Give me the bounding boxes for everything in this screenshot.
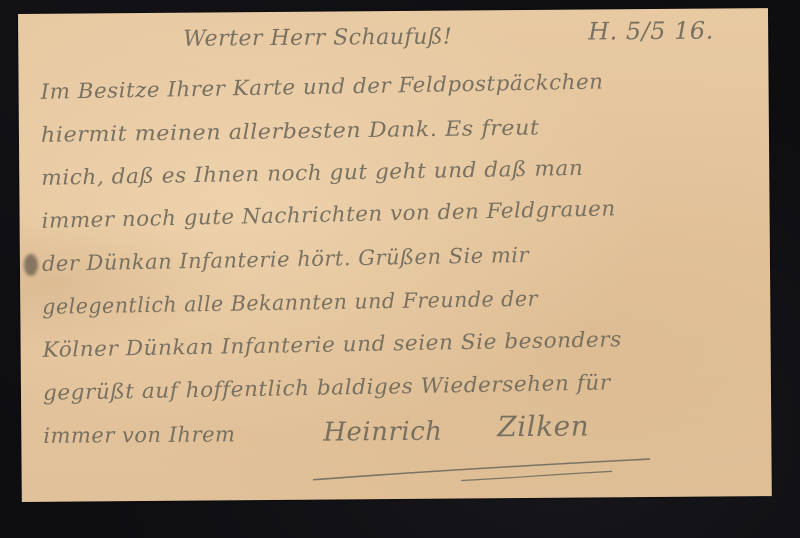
paper-stain [24,254,38,276]
body-line-1: Im Besitze Ihrer Karte und der Feldpostp… [40,70,603,104]
signature-surname: Zilken [497,410,589,444]
body-line-8: gegrüßt auf hoffentlich baldiges Wieders… [43,370,611,404]
body-line-9: immer von Ihrem [43,422,235,448]
body-line-5: der Dünkan Infanterie hört. Grüßen Sie m… [42,243,530,276]
postcard: Werter Herr Schaufuß! H. 5/5 16. Im Besi… [18,8,772,502]
salutation: Werter Herr Schaufuß! [183,25,452,52]
body-line-4: immer noch gute Nachrichten von den Feld… [41,196,616,233]
body-line-7: Kölner Dünkan Infanterie und seien Sie b… [42,327,621,362]
signature-first-name: Heinrich [323,417,442,448]
letter-date: H. 5/5 16. [588,17,714,46]
signature-flourish [312,457,652,484]
body-line-6: gelegentlich alle Bekannten und Freunde … [42,287,538,319]
body-line-3: mich, daß es Ihnen noch gut geht und daß… [41,156,583,190]
body-line-2: hiermit meinen allerbesten Dank. Es freu… [41,115,540,146]
